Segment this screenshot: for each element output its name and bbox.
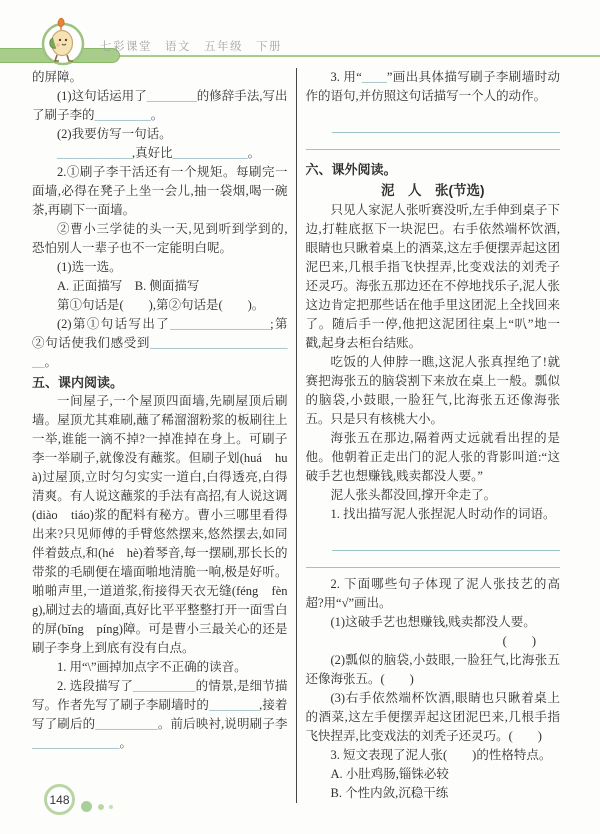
paragraph: 海张五在那边,隔着两丈远就看出捏的是他。他朝着正走出门的泥人张的背影叫道:“这破… (306, 429, 561, 486)
answer-line (332, 116, 561, 133)
paragraph: 2. 选段描写了__________的情景,是细节描写。作者先写了刷子李刷墙时的… (32, 677, 288, 753)
paragraph: (2)我要仿写一句话。 (32, 125, 288, 144)
fill-in-blank: ________ (147, 89, 197, 103)
paragraph: 第①句话是( ),第②句话是( )。 (32, 296, 288, 315)
paragraph: 1. 找出描写泥人张捏泥人时动作的词语。 (306, 505, 561, 524)
paragraph: 只见人家泥人张听赛没听,左手伸到桌子下边,打鞋底抠下一块泥巴。右手依然端杯饮酒,… (306, 201, 561, 353)
paragraph: 3. 短文表现了泥人张( )的性格特点。 (306, 746, 561, 765)
content-columns: 的屏障。(1)这句话运用了________的修辞手法,写出了刷子李的______… (0, 64, 600, 803)
paragraph: 泥人张头都没回,撑开伞走了。 (306, 486, 561, 505)
paragraph: (1)这句话运用了________的修辞手法,写出了刷子李的_________。 (32, 87, 288, 125)
fill-in-blank: ______________ (32, 736, 120, 750)
answer-line (306, 551, 561, 568)
header-title: 七彩课堂 语文 五年级 下册 (100, 38, 282, 54)
paragraph: (3)右手依然端杯饮酒,眼睛也只瞅着桌上的酒菜,这左手便摆弄起这团泥巴来,几根手… (306, 689, 561, 746)
fill-in-blank: ________________ (170, 317, 270, 331)
footer-dot-icon (98, 804, 104, 810)
fill-in-blank: __________ (95, 717, 158, 731)
page-number-badge: 148 (44, 784, 75, 815)
page-header: 七彩课堂 语文 五年级 下册 (0, 0, 600, 64)
right-column: 3. 用“____”画出具体描写刷子李刷墙时动作的语句,并仿照这句话描写一个人的… (306, 68, 561, 803)
fill-in-blank: ________ (209, 698, 259, 712)
answer-bracket: ( ) (306, 632, 561, 651)
fill-in-blank: _________ (95, 108, 151, 122)
paragraph: (1)选一选。 (32, 258, 288, 277)
workbook-page: 七彩课堂 语文 五年级 下册 的屏障。(1)这句话运用了________的修辞手… (0, 0, 600, 834)
answer-line (332, 534, 561, 551)
fill-in-blank: ____ (362, 70, 387, 84)
paragraph: ②曹小三学徒的头一天,见到听到学到的,恐怕别人一辈子也不一定能明白呢。 (32, 220, 288, 258)
fill-in-blank: ____________ (57, 146, 132, 160)
answer-line (306, 133, 561, 150)
paragraph: A. 正面描写 B. 侧面描写 (32, 277, 288, 296)
paragraph: A. 小肚鸡肠,锱铢必较 (306, 765, 561, 784)
paragraph: (2)第①句话写出了________________;第②句话使我们感受到___… (32, 315, 288, 372)
column-divider (296, 68, 297, 803)
paragraph: (2)瓢似的脑袋,小鼓眼,一脸狂气,比海张五还像海张五。( ) (306, 651, 561, 689)
paragraph: 3. 用“____”画出具体描写刷子李刷墙时动作的语句,并仿照这句话描写一个人的… (306, 68, 561, 106)
mascot-icon (33, 12, 91, 68)
fill-in-blank: ________________________ (32, 336, 288, 369)
paragraph: 吃饭的人伸脖一瞧,这泥人张真捏绝了!就赛把海张五的脑袋割下来放在桌上一般。瓢似的… (306, 353, 561, 429)
section-heading: 五、课内阅读。 (32, 373, 288, 392)
passage-title: 泥 人 张(节选) (306, 181, 561, 200)
left-column: 的屏障。(1)这句话运用了________的修辞手法,写出了刷子李的______… (32, 68, 288, 803)
paragraph: 的屏障。 (32, 68, 288, 87)
paragraph: 2.①刷子李干活还有一个规矩。每刷完一面墙,必得在凳子上坐一会儿,抽一袋烟,喝一… (32, 163, 288, 220)
footer-dot-icon (109, 805, 113, 809)
footer-dot-icon (81, 801, 92, 812)
paragraph: 1. 用“\”画掉加点字不正确的读音。 (32, 658, 288, 677)
fill-in-blank: __________ (133, 679, 196, 693)
paragraph: 一间屋子,一个屋顶四面墙,先刷屋顶后刷墙。屋顶尤其难刷,蘸了稀溜溜粉浆的板刷往上… (32, 392, 288, 658)
page-footer: 148 (0, 784, 600, 820)
fill-in-blank: ____________ (173, 146, 248, 160)
paragraph: (1)这破手艺也想赚钱,贱卖都没人要。 (306, 613, 561, 632)
paragraph: 2. 下面哪些句子体现了泥人张技艺的高超?用“√”画出。 (306, 575, 561, 613)
section-heading: 六、课外阅读。 (306, 160, 561, 179)
paragraph: ____________,真好比____________。 (32, 144, 288, 163)
